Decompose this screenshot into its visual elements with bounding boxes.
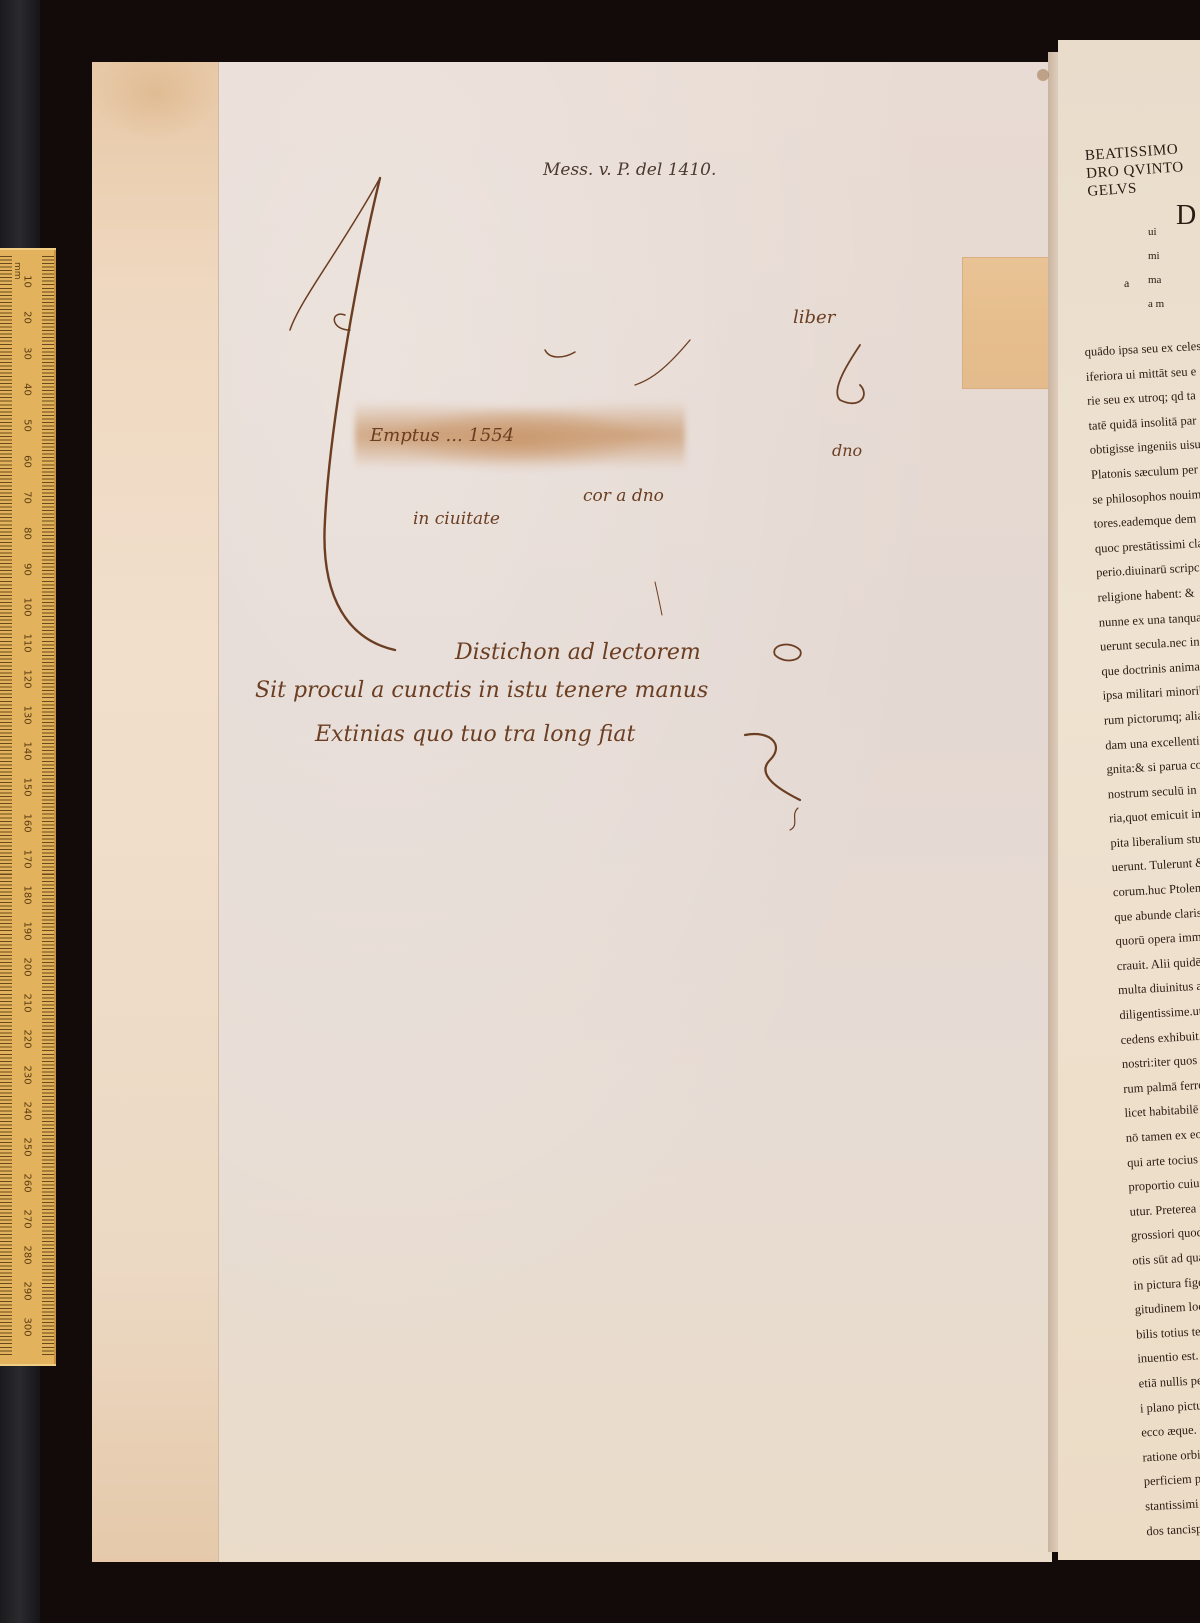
ruler-label: 180	[22, 886, 33, 902]
drop-cap-letter: D	[1176, 200, 1196, 232]
ruler-label: 80	[22, 526, 33, 542]
ruler-label: 210	[22, 994, 33, 1010]
shelfmark-note: Mess. v. P. del 1410.	[543, 160, 716, 180]
ruler-label: 100	[22, 598, 33, 614]
ruler-label: 160	[22, 814, 33, 830]
measuring-ruler: mm 10 20 30 40 50 60 70 80 90 100 110 12…	[0, 248, 56, 1366]
ruler-label: 250	[22, 1138, 33, 1154]
ruler-unit-label: mm	[12, 262, 22, 280]
ruler-label: 190	[22, 922, 33, 938]
ruler-label: 130	[22, 706, 33, 722]
ruler-label: 70	[22, 490, 33, 506]
ruler-label: 30	[22, 346, 33, 362]
liber-note: liber	[793, 307, 835, 328]
ruler-label: 270	[22, 1210, 33, 1226]
ownership-note-tail: dno	[832, 441, 862, 460]
ownership-note-line3: in ciuitate	[413, 509, 500, 529]
ruler-label: 170	[22, 850, 33, 866]
ruler-label: 140	[22, 742, 33, 758]
ruler-label: 20	[22, 310, 33, 326]
ruler-ticks-right	[42, 256, 54, 1356]
distichon-verse-1: Sit procul a cunctis in istu tenere manu…	[255, 678, 708, 703]
ruler-label: 10	[22, 274, 33, 290]
printed-heading: BEATISSIMO DRO QVINTO GELVS	[1084, 133, 1200, 201]
ruler-label: 60	[22, 454, 33, 470]
ruler-label: 240	[22, 1102, 33, 1118]
printed-body-text: quādo ipsa seu ex celest iferiora ui mit…	[1084, 330, 1200, 1544]
signature-mark: a	[1124, 276, 1129, 291]
ruler-label: 280	[22, 1246, 33, 1262]
ruler-label: 200	[22, 958, 33, 974]
ruler-label: 150	[22, 778, 33, 794]
ownership-note-line2: cor a dno	[583, 486, 664, 506]
ruler-label: 260	[22, 1174, 33, 1190]
ownership-note-line1: Emptus ... 1554	[370, 425, 514, 446]
ruler-label: 110	[22, 634, 33, 650]
pasted-paper-slip	[962, 257, 1054, 389]
ruler-label: 40	[22, 382, 33, 398]
binding-stub-strip	[92, 62, 219, 1562]
printed-short-lines: ui mi ma a m	[1148, 220, 1164, 316]
flyleaf-page	[92, 62, 1052, 1562]
ruler-label: 90	[22, 562, 33, 578]
distichon-verse-2: Extinias quo tuo tra long fiat	[315, 722, 635, 747]
ruler-label: 220	[22, 1030, 33, 1046]
ruler-ticks-left	[0, 256, 12, 1356]
ruler-label: 50	[22, 418, 33, 434]
ruler-label: 230	[22, 1066, 33, 1082]
ruler-label: 300	[22, 1318, 33, 1334]
water-stain	[92, 62, 218, 142]
distichon-heading: Distichon ad lectorem	[455, 640, 701, 665]
ruler-label: 290	[22, 1282, 33, 1298]
ruler-label: 120	[22, 670, 33, 686]
printed-page: BEATISSIMO DRO QVINTO GELVS D a ui mi ma…	[1058, 40, 1200, 1560]
